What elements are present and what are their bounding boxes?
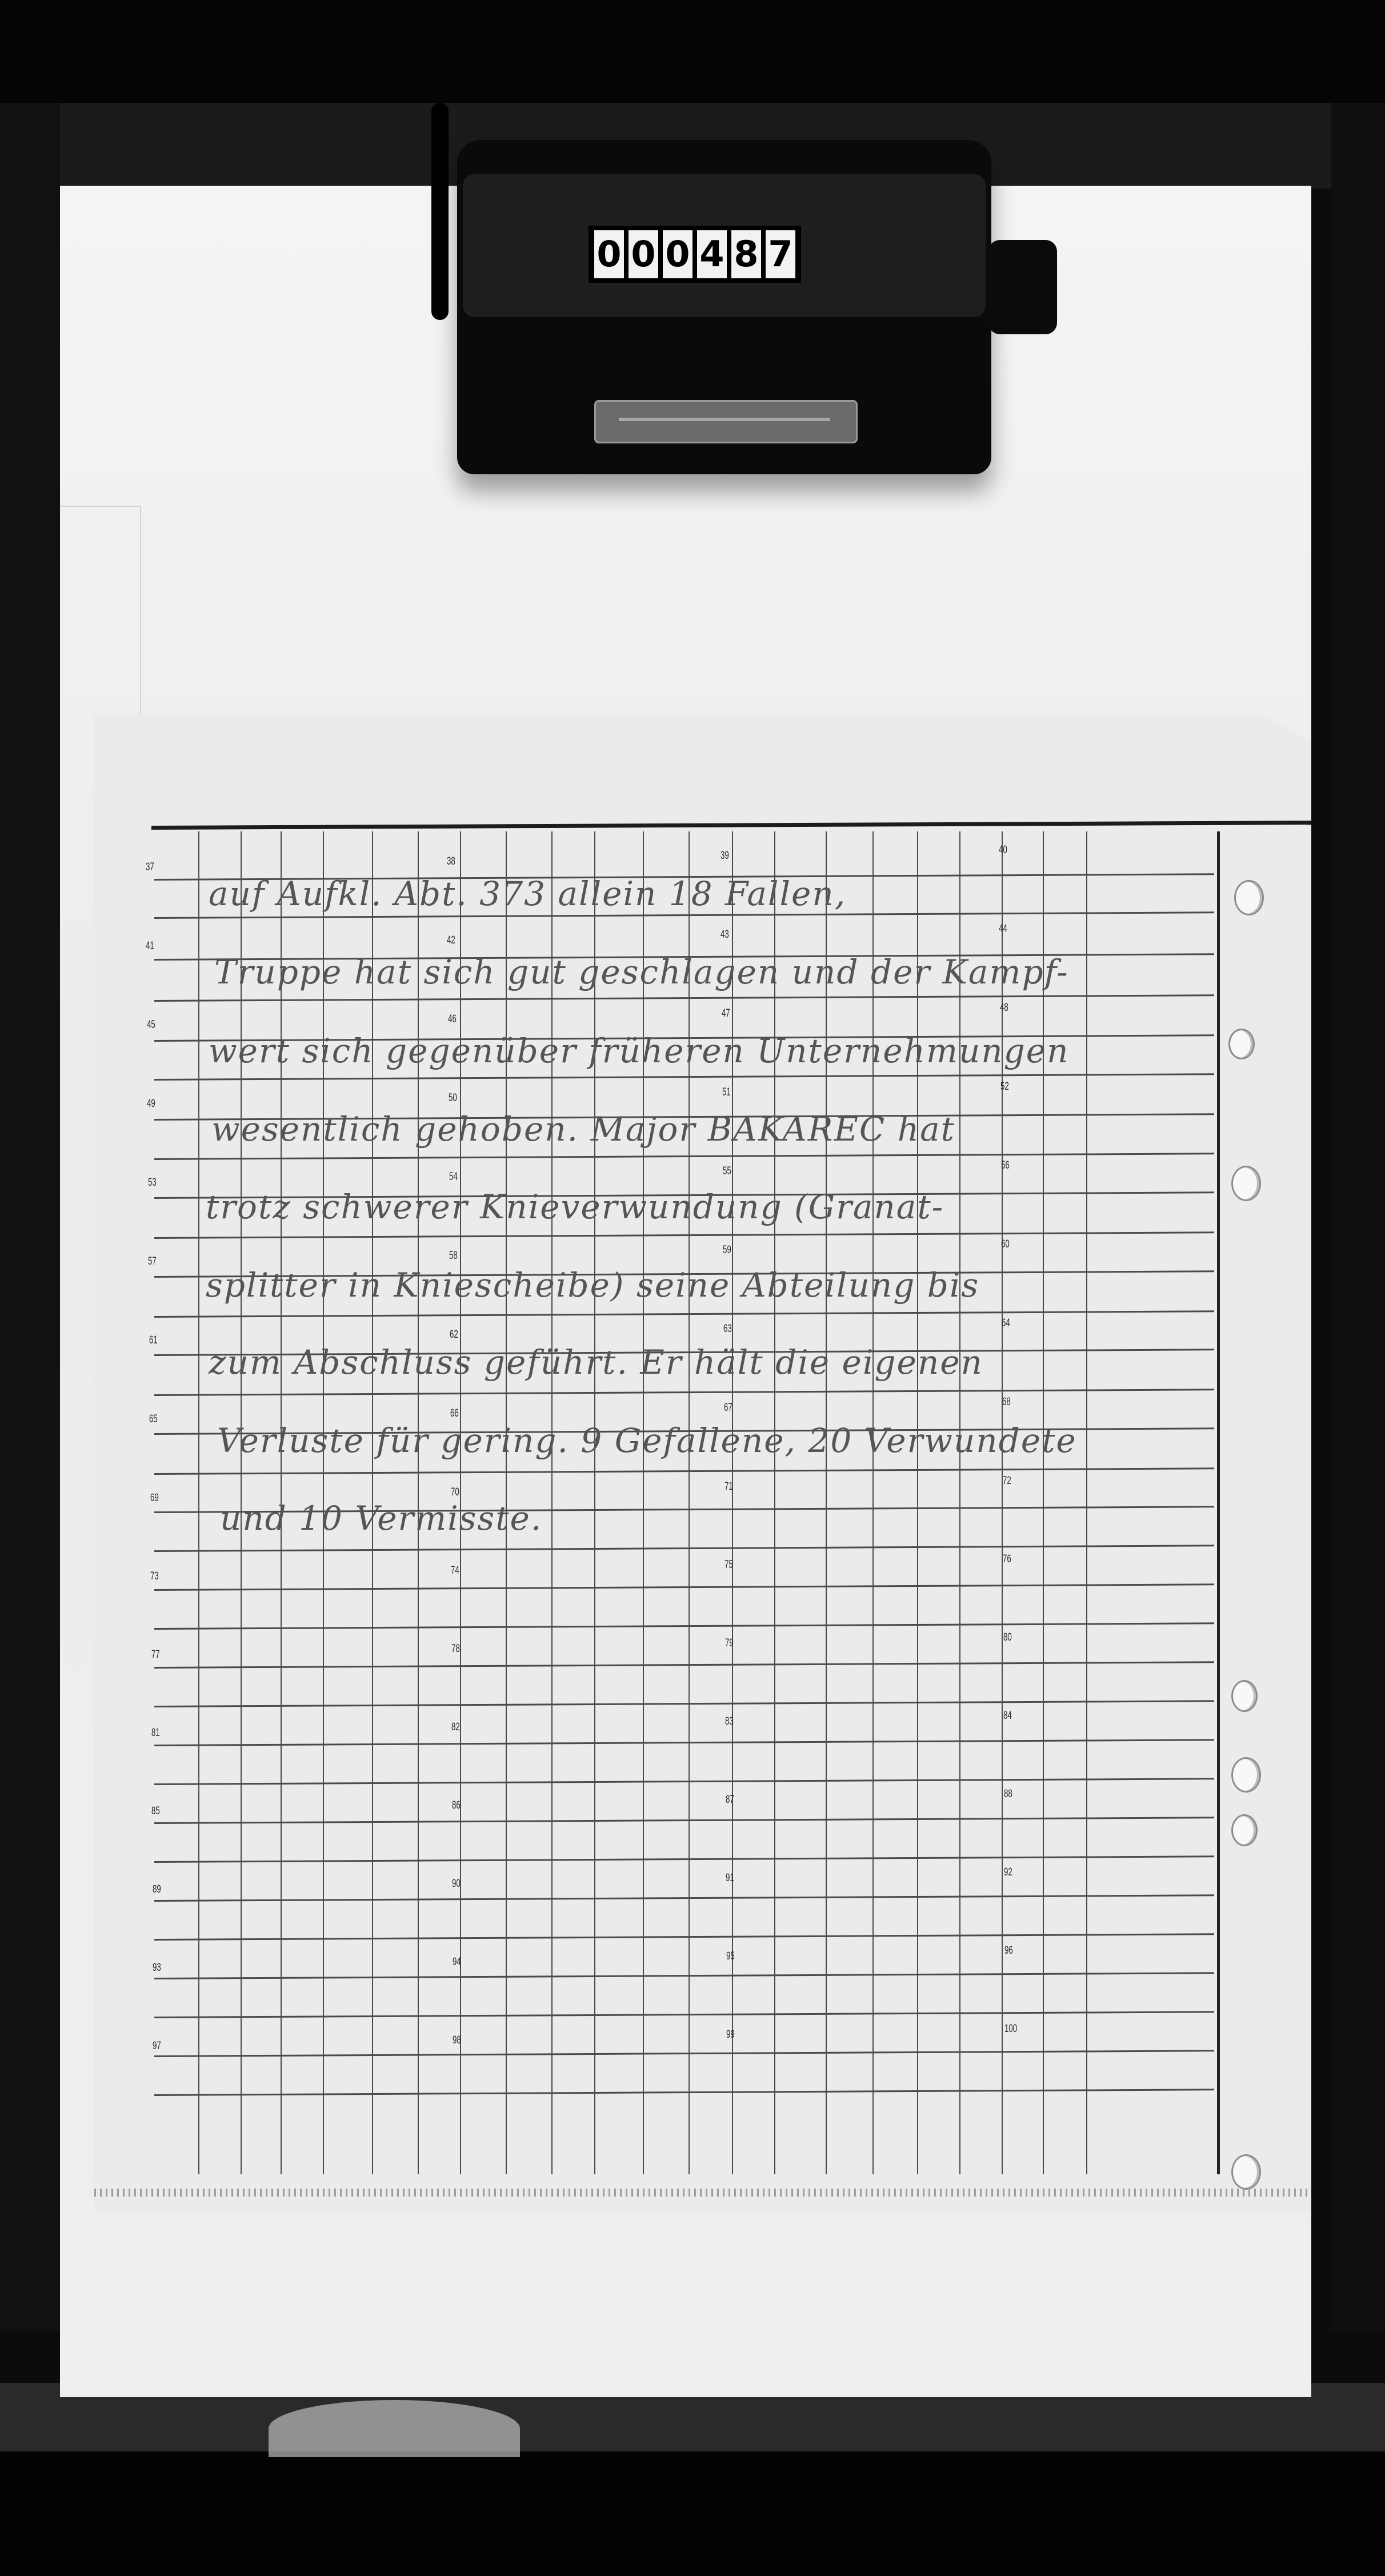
line-number: 55: [723, 1165, 731, 1178]
grid-hline: [154, 1073, 1214, 1081]
film-border-bottom: [0, 2451, 1385, 2576]
counter-digit: 0: [663, 230, 692, 278]
counter-nameplate: [594, 400, 858, 443]
line-number: 84: [1003, 1710, 1012, 1722]
punch-hole: [1231, 1680, 1258, 1712]
grid-hline: [154, 1739, 1214, 1746]
line-number: 48: [1000, 1002, 1008, 1014]
line-number: 46: [448, 1013, 457, 1026]
line-number: 86: [452, 1799, 461, 1812]
grid-hline: [154, 1467, 1214, 1475]
grid-hline: [154, 1583, 1214, 1591]
line-number: 81: [151, 1727, 160, 1739]
film-border-right: [1331, 103, 1385, 2331]
line-number: 71: [724, 1481, 733, 1493]
line-number: 50: [449, 1092, 457, 1105]
line-number: 93: [153, 1962, 161, 1974]
grid-hline: [154, 994, 1214, 1002]
handwritten-line: Verluste für gering. 9 Gefallene, 20 Ver…: [217, 1421, 1077, 1460]
line-number: 100: [1004, 2023, 1017, 2035]
line-number: 82: [451, 1721, 460, 1734]
line-number: 65: [149, 1413, 158, 1426]
grid-hline: [154, 1855, 1214, 1863]
grid-hline: [154, 2050, 1214, 2057]
counter-digit: 0: [594, 230, 624, 278]
line-number: 97: [153, 2040, 161, 2053]
handwritten-line: wert sich gegenüber früheren Unternehmun…: [209, 1031, 1069, 1070]
line-number: 49: [147, 1098, 155, 1110]
grid-hline: [154, 1933, 1214, 1941]
film-border-left: [0, 103, 60, 2331]
grid-hline: [154, 1389, 1214, 1396]
grid-form-sheet: 37 38 39 40 41 42 43 44 45 46 47 48 49 5…: [94, 714, 1311, 2211]
line-number: 88: [1004, 1788, 1012, 1801]
handwritten-line: zum Abschluss geführt. Er hält die eigen…: [209, 1343, 983, 1382]
grid-hline: [154, 1545, 1214, 1552]
line-number: 72: [1003, 1475, 1011, 1487]
grid-hline: [154, 1661, 1214, 1669]
line-number: 60: [1001, 1238, 1010, 1251]
line-number: 94: [453, 1956, 461, 1969]
handwritten-line: splitter in Kniescheibe) seine Abteilung…: [206, 1266, 979, 1305]
line-number: 45: [147, 1019, 155, 1031]
line-number: 73: [150, 1570, 159, 1583]
line-number: 40: [999, 844, 1007, 857]
line-number: 87: [726, 1794, 734, 1806]
line-number: 61: [149, 1334, 158, 1347]
grid-hline: [154, 1972, 1214, 1979]
grid-hline: [154, 1700, 1214, 1707]
line-number: 70: [451, 1486, 459, 1499]
handwritten-line: wesentlich gehoben. Major BAKAREC hat: [211, 1110, 955, 1149]
line-number: 38: [447, 855, 455, 868]
line-number: 67: [724, 1402, 732, 1414]
counter-knob: [988, 240, 1057, 334]
grid-hline: [154, 1817, 1214, 1824]
line-number: 64: [1002, 1317, 1010, 1330]
scanner-shadow: [269, 2400, 520, 2457]
perforated-edge: [94, 2189, 1311, 2197]
line-number: 66: [450, 1407, 459, 1420]
line-number: 75: [724, 1559, 733, 1571]
top-rule: [151, 821, 1311, 830]
line-number: 79: [725, 1637, 734, 1650]
line-number: 47: [722, 1007, 730, 1020]
line-number: 85: [151, 1805, 160, 1818]
grid-area: 37 38 39 40 41 42 43 44 45 46 47 48 49 5…: [151, 826, 1271, 2174]
grid-hline: [154, 1310, 1214, 1318]
line-number: 78: [451, 1643, 460, 1655]
punch-hole: [1231, 1757, 1261, 1793]
grid-vline: [198, 831, 199, 2174]
line-number: 98: [453, 2034, 461, 2047]
counter-digit: 7: [766, 230, 795, 278]
film-border-top: [0, 0, 1385, 103]
grid-hline: [154, 1622, 1214, 1630]
punch-hole: [1231, 1814, 1258, 1846]
punch-hole: [1231, 2154, 1261, 2190]
line-number: 53: [148, 1177, 157, 1189]
line-number: 69: [150, 1492, 159, 1505]
line-number: 41: [146, 940, 154, 953]
line-number: 59: [723, 1244, 731, 1257]
grid-hline: [154, 2089, 1214, 2096]
line-number: 96: [1004, 1945, 1013, 1957]
punch-hole: [1228, 1029, 1255, 1059]
counter-display: 0 0 0 4 8 7: [589, 226, 801, 283]
grid-hline: [154, 2011, 1214, 2018]
handwritten-line: trotz schwerer Knieverwundung (Granat-: [206, 1187, 944, 1226]
line-number: 95: [726, 1950, 735, 1963]
line-number: 91: [726, 1872, 734, 1885]
grid-hline: [154, 1153, 1214, 1160]
line-number: 83: [725, 1715, 734, 1728]
line-number: 90: [452, 1878, 461, 1890]
line-number: 62: [450, 1329, 458, 1341]
line-number: 42: [447, 934, 455, 947]
line-number: 51: [722, 1086, 731, 1099]
handwritten-line: und 10 Vermisste.: [220, 1499, 542, 1538]
line-number: 56: [1001, 1159, 1010, 1172]
punch-hole: [1231, 1166, 1261, 1201]
punch-hole: [1234, 880, 1264, 915]
line-number: 52: [1000, 1081, 1009, 1093]
line-number: 58: [449, 1250, 458, 1262]
counter-digit: 0: [629, 230, 658, 278]
line-number: 39: [720, 850, 729, 862]
line-number: 54: [449, 1171, 458, 1183]
line-number: 37: [146, 861, 154, 874]
line-number: 63: [723, 1323, 732, 1335]
line-number: 57: [148, 1255, 157, 1268]
grid-right-border: [1217, 831, 1220, 2174]
line-number: 92: [1004, 1866, 1012, 1879]
line-number: 74: [451, 1565, 459, 1577]
grid-hline: [154, 1894, 1214, 1902]
line-number: 77: [151, 1649, 160, 1661]
counter-digit: 8: [731, 230, 761, 278]
line-number: 89: [153, 1883, 161, 1896]
grid-hline: [154, 1778, 1214, 1785]
handwritten-line: Truppe hat sich gut geschlagen und der K…: [214, 953, 1069, 991]
counter-cord: [431, 103, 449, 320]
grid-hline: [154, 1231, 1214, 1239]
handwritten-line: auf Aufkl. Abt. 373 allein 18 Fallen,: [209, 874, 846, 913]
counter-digit: 4: [697, 230, 727, 278]
line-number: 80: [1003, 1631, 1012, 1644]
line-number: 68: [1002, 1396, 1011, 1409]
line-number: 44: [999, 923, 1007, 935]
line-number: 76: [1003, 1553, 1011, 1566]
line-number: 99: [726, 2029, 735, 2041]
line-number: 43: [720, 929, 729, 941]
